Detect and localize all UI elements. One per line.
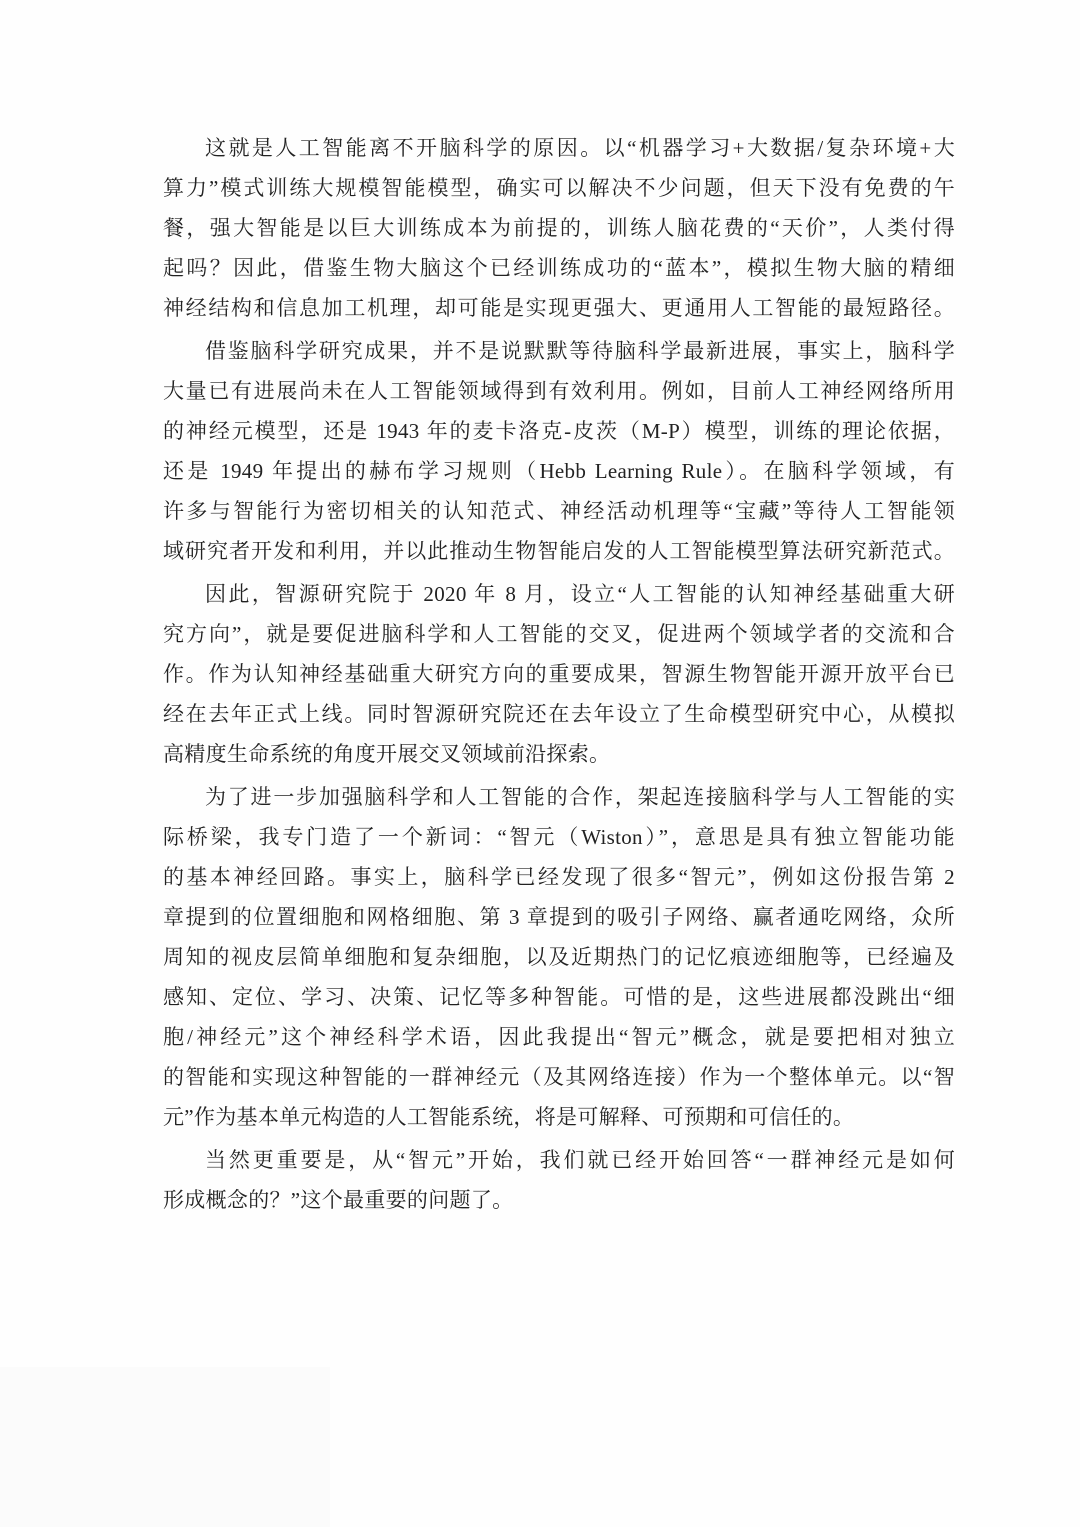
text-line: 胞/神经元”这个神经科学术语，因此我提出“智元”概念，就是要把相对独立: [163, 1017, 955, 1057]
paragraph-1: 这就是人工智能离不开脑科学的原因。以“机器学习+大数据/复杂环境+大 算力”模式…: [163, 128, 955, 328]
text-line: 算力”模式训练大规模智能模型，确实可以解决不少问题，但天下没有免费的午: [163, 168, 955, 208]
text-line: 这就是人工智能离不开脑科学的原因。以“机器学习+大数据/复杂环境+大: [163, 128, 955, 168]
text-line: 许多与智能行为密切相关的认知范式、神经活动机理等“宝藏”等待人工智能领: [163, 491, 955, 531]
text-line: 借鉴脑科学研究成果，并不是说默默等待脑科学最新进展，事实上，脑科学: [163, 331, 955, 371]
paragraph-5: 当然更重要是，从“智元”开始，我们就已经开始回答“一群神经元是如何 形成概念的？…: [163, 1140, 955, 1220]
text-line: 周知的视皮层简单细胞和复杂细胞，以及近期热门的记忆痕迹细胞等，已经遍及: [163, 937, 955, 977]
text-line: 形成概念的？”这个最重要的问题了。: [163, 1180, 955, 1220]
text-line: 的基本神经回路。事实上，脑科学已经发现了很多“智元”，例如这份报告第 2: [163, 857, 955, 897]
text-line: 究方向”，就是要促进脑科学和人工智能的交叉，促进两个领域学者的交流和合: [163, 614, 955, 654]
text-line: 高精度生命系统的角度开展交叉领域前沿探索。: [163, 734, 955, 774]
text-line: 章提到的位置细胞和网格细胞、第 3 章提到的吸引子网络、赢者通吃网络，众所: [163, 897, 955, 937]
text-line: 大量已有进展尚未在人工智能领域得到有效利用。例如，目前人工神经网络所用: [163, 371, 955, 411]
text-line: 际桥梁，我专门造了一个新词：“智元（Wiston）”，意思是具有独立智能功能: [163, 817, 955, 857]
text-line: 域研究者开发和利用，并以此推动生物智能启发的人工智能模型算法研究新范式。: [163, 531, 955, 571]
text-line: 感知、定位、学习、决策、记忆等多种智能。可惜的是，这些进展都没跳出“细: [163, 977, 955, 1017]
text-line: 为了进一步加强脑科学和人工智能的合作，架起连接脑科学与人工智能的实: [163, 777, 955, 817]
text-line: 作。作为认知神经基础重大研究方向的重要成果，智源生物智能开源开放平台已: [163, 654, 955, 694]
text-line: 的智能和实现这种智能的一群神经元（及其网络连接）作为一个整体单元。以“智: [163, 1057, 955, 1097]
text-line: 神经结构和信息加工机理，却可能是实现更强大、更通用人工智能的最短路径。: [163, 288, 955, 328]
document-page: 这就是人工智能离不开脑科学的原因。以“机器学习+大数据/复杂环境+大 算力”模式…: [0, 0, 1080, 1527]
text-line: 元”作为基本单元构造的人工智能系统，将是可解释、可预期和可信任的。: [163, 1097, 955, 1137]
paragraph-2: 借鉴脑科学研究成果，并不是说默默等待脑科学最新进展，事实上，脑科学 大量已有进展…: [163, 331, 955, 571]
text-line: 经在去年正式上线。同时智源研究院还在去年设立了生命模型研究中心，从模拟: [163, 694, 955, 734]
text-line: 的神经元模型，还是 1943 年的麦卡洛克-皮茨（M-P）模型，训练的理论依据，: [163, 411, 955, 451]
text-line: 当然更重要是，从“智元”开始，我们就已经开始回答“一群神经元是如何: [163, 1140, 955, 1180]
article-body: 这就是人工智能离不开脑科学的原因。以“机器学习+大数据/复杂环境+大 算力”模式…: [163, 128, 955, 1223]
text-line: 因此，智源研究院于 2020 年 8 月，设立“人工智能的认知神经基础重大研: [163, 574, 955, 614]
paragraph-3: 因此，智源研究院于 2020 年 8 月，设立“人工智能的认知神经基础重大研 究…: [163, 574, 955, 774]
text-line: 还是 1949 年提出的赫布学习规则（Hebb Learning Rule）。在…: [163, 451, 955, 491]
text-line: 起吗？因此，借鉴生物大脑这个已经训练成功的“蓝本”，模拟生物大脑的精细: [163, 248, 955, 288]
paragraph-4: 为了进一步加强脑科学和人工智能的合作，架起连接脑科学与人工智能的实 际桥梁，我专…: [163, 777, 955, 1137]
text-line: 餐，强大智能是以巨大训练成本为前提的，训练人脑花费的“天价”，人类付得: [163, 208, 955, 248]
